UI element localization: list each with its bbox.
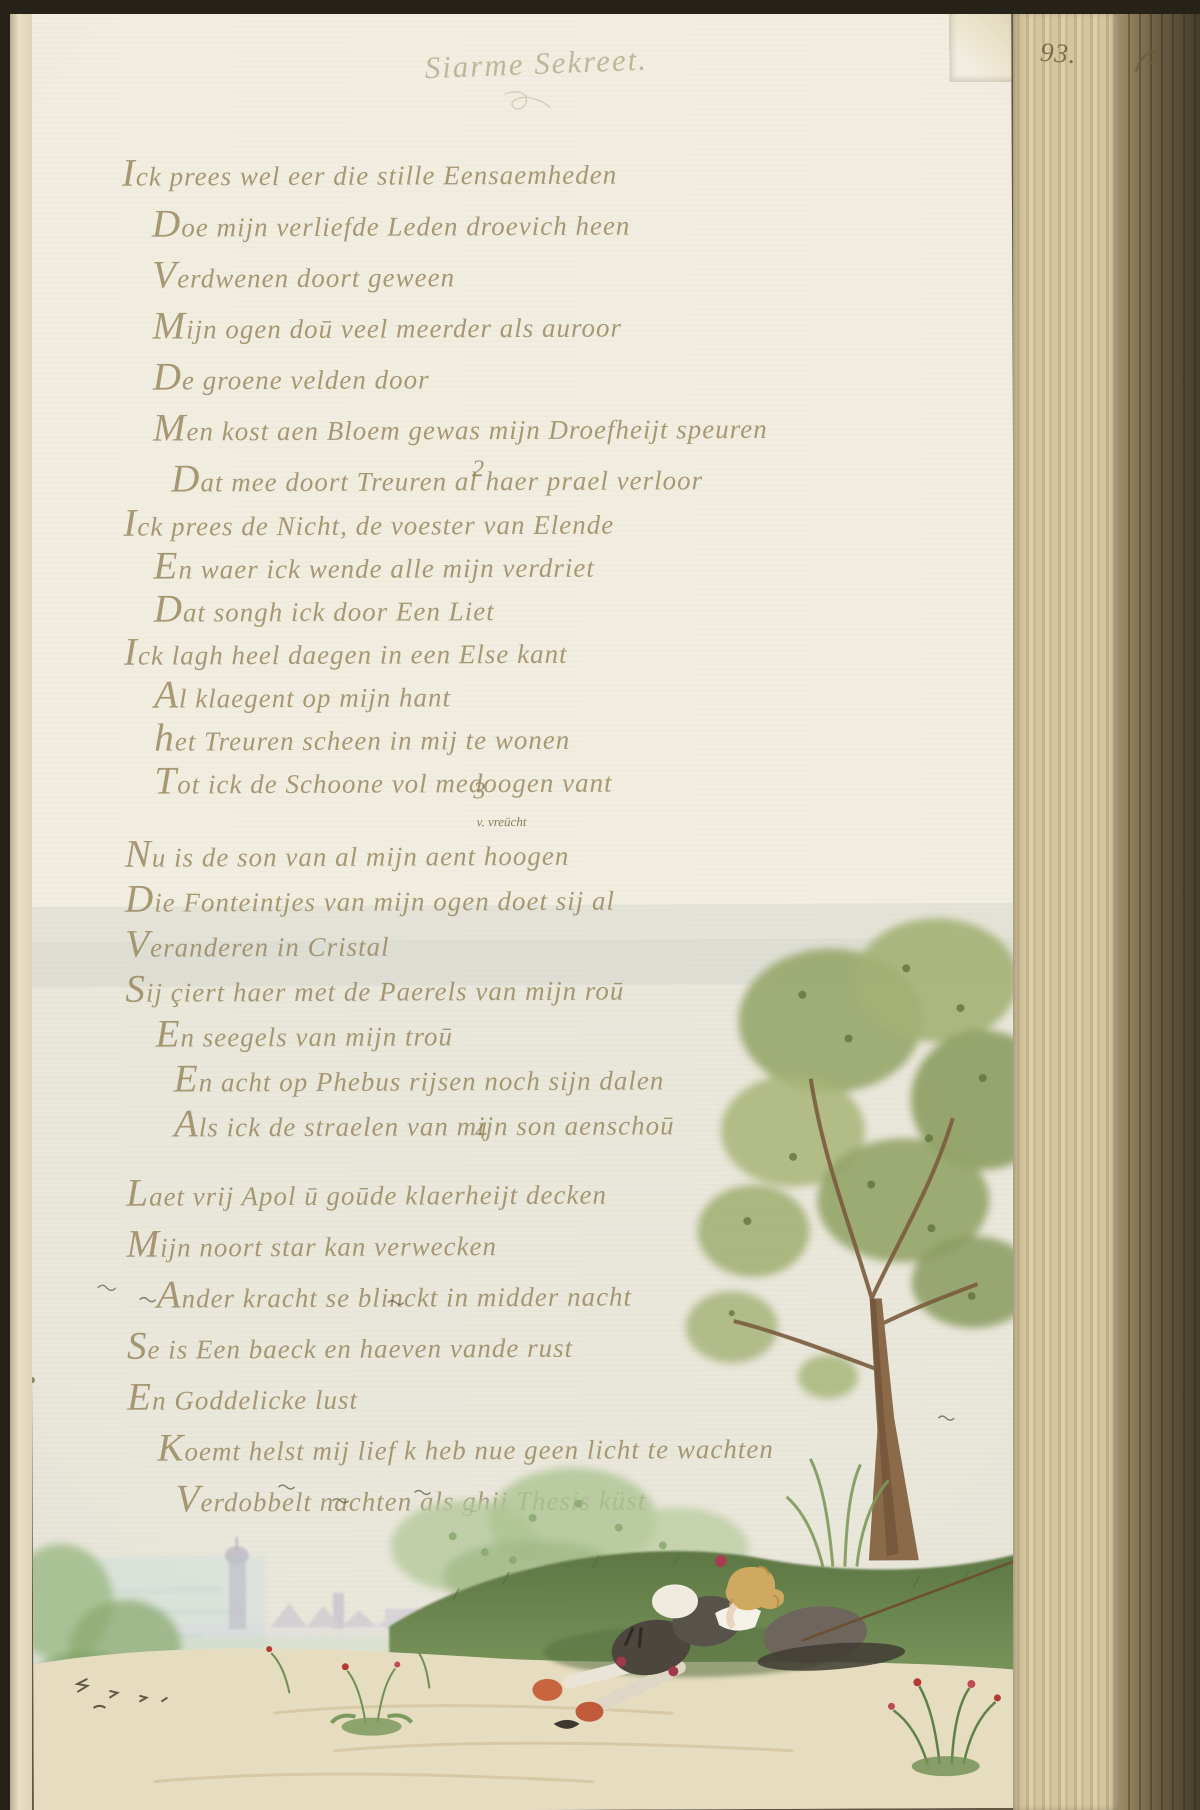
poem-line: En waer ick wende alle mijn verdriet xyxy=(153,543,953,589)
fore-edge-mark-icon xyxy=(1128,42,1164,82)
poem-line: Dat mee doort Treuren al haer prael verl… xyxy=(171,452,953,506)
scan-top-shadow xyxy=(0,0,1200,14)
poem-line: Ick prees wel eer die stille Eensaemhede… xyxy=(122,146,952,201)
poem-line: Tot ick de Schoone vol medoogen vant xyxy=(154,758,954,804)
poem-line: het Treuren scheen in mij te wonen xyxy=(154,715,954,761)
ribbon-bow xyxy=(668,1666,678,1676)
stanza-number-3: 3 xyxy=(409,778,549,806)
left-page-edge xyxy=(10,6,32,1810)
page-number: 93. xyxy=(1039,37,1078,70)
page-corner-curl xyxy=(949,8,1011,82)
ribbon-bow xyxy=(616,1657,626,1667)
stanza-1: Ick prees wel eer die stille Eensaemhede… xyxy=(122,146,954,507)
poem-line: Ick prees de Nicht, de voester van Elend… xyxy=(123,500,953,547)
poem-line: De groene velden door xyxy=(153,350,953,404)
poem-line: Nu is de son van al mijn aent hoogen xyxy=(125,830,955,879)
boot-top xyxy=(575,1702,603,1722)
manuscript-page: Siarme Sekreet. Ick prees wel eer die st… xyxy=(26,8,1019,1810)
book-fore-edge xyxy=(1013,12,1119,1810)
watercolor-illustration xyxy=(30,898,1019,1810)
poem-line: Mijn ogen doū veel meerder als auroor xyxy=(152,299,952,353)
title-flourish-icon xyxy=(496,88,556,114)
stanza-number-2: 2 xyxy=(408,456,548,484)
book-binding-shadow xyxy=(1119,0,1200,1810)
stanza-2: Ick prees de Nicht, de voester van Elend… xyxy=(123,500,954,805)
poem-line: Men kost aen Bloem gewas mijn Droefheijt… xyxy=(153,401,953,455)
tree xyxy=(30,918,1019,1570)
poem-line: Al klaegent op mijn hant xyxy=(154,672,954,718)
ribbon-bow xyxy=(715,1555,727,1567)
poem-line: Verdwenen doort geween xyxy=(152,248,952,302)
poem-title: Siarme Sekreet. xyxy=(326,38,747,90)
scan-left-edge xyxy=(0,0,10,1810)
poem-line: Dat songh ick door Een Liet xyxy=(154,586,954,632)
tree-foliage xyxy=(684,918,1019,1400)
white-sleeve xyxy=(652,1584,698,1618)
interlinear-note: v. vreücht xyxy=(477,814,527,830)
poem-line: Doe mijn verliefde Leden droevich heen xyxy=(152,197,952,251)
sand-path xyxy=(33,1645,1019,1810)
poem-line: Ick lagh heel daegen in een Else kant xyxy=(124,629,954,676)
boot-top xyxy=(532,1679,562,1701)
